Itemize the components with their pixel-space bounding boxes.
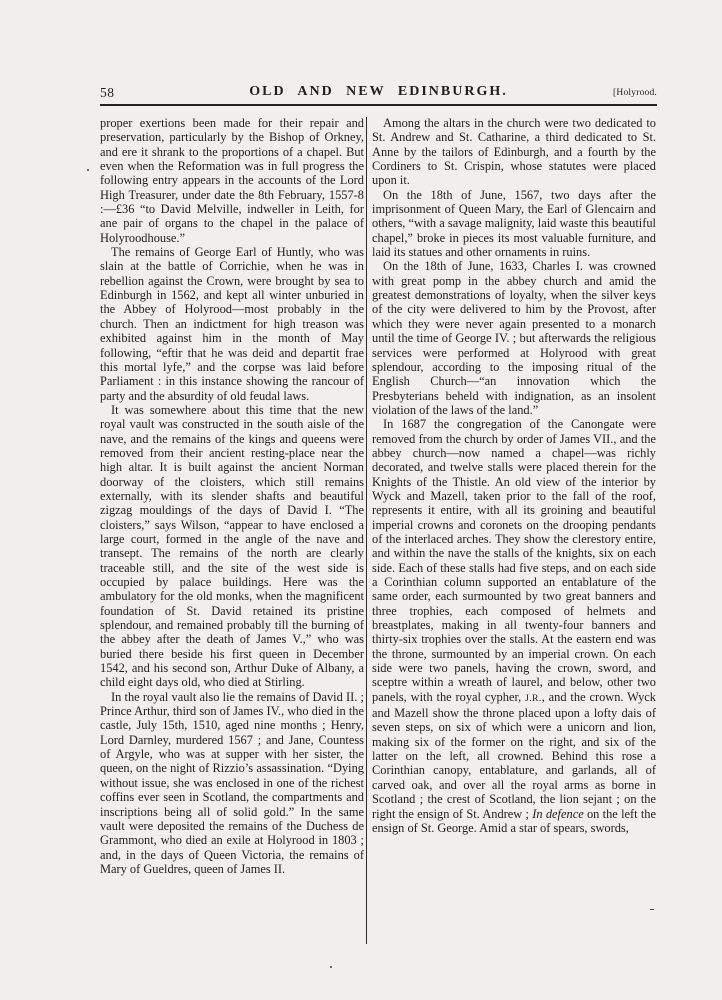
section-running-head: [Holyrood. [613, 88, 657, 98]
book-page-scan: 58 OLD AND NEW EDINBURGH. [Holyrood. pro… [0, 0, 722, 1000]
scan-speck [87, 169, 89, 171]
left-column-text: proper exertions been made for their rep… [100, 116, 364, 876]
paragraph: proper exertions been made for their rep… [100, 116, 364, 245]
text-run: It was somewhere about this time that th… [100, 403, 364, 690]
text-run: proper exertions been made for their rep… [100, 116, 364, 245]
paragraph: Among the altars in the church were two … [372, 116, 656, 188]
paragraph: It was somewhere about this time that th… [100, 403, 364, 690]
text-run: In the royal vault also lie the remains … [100, 690, 364, 876]
paragraph: In 1687 the congregation of the Canongat… [372, 417, 656, 835]
text-run: Among the altars in the church were two … [372, 116, 656, 187]
royal-cypher: J.R. [525, 693, 542, 704]
text-run: In 1687 the congregation of the Canongat… [372, 417, 656, 704]
paragraph: The remains of George Earl of Huntly, wh… [100, 245, 364, 403]
scan-speck [650, 909, 654, 910]
text-run: , and the crown. Wyck and Mazell show th… [372, 690, 656, 821]
right-column-text: Among the altars in the church were two … [372, 116, 656, 835]
scan-speck [330, 966, 332, 968]
italic-phrase: In defence [532, 807, 583, 821]
column-divider-rule [366, 117, 367, 944]
header-rule [100, 104, 657, 106]
paragraph: On the 18th of June, 1633, Charles I. wa… [372, 259, 656, 417]
book-title: OLD AND NEW EDINBURGH. [100, 84, 657, 100]
text-run: On the 18th of June, 1633, Charles I. wa… [372, 259, 656, 416]
paragraph: In the royal vault also lie the remains … [100, 690, 364, 876]
paragraph: On the 18th of June, 1567, two days afte… [372, 188, 656, 260]
text-run: On the 18th of June, 1567, two days afte… [372, 188, 656, 259]
text-run: The remains of George Earl of Huntly, wh… [100, 245, 364, 402]
running-header: 58 OLD AND NEW EDINBURGH. [Holyrood. [100, 83, 657, 103]
